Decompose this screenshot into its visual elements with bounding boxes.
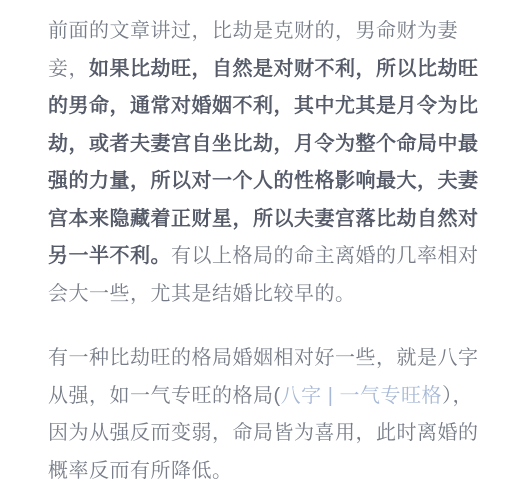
inline-link[interactable]: 八字 | 一气专旺格: [281, 385, 442, 407]
paragraph: 前面的文章讲过，比劫是克财的，男命财为妻妾，如果比劫旺，自然是对财不利，所以比劫…: [48, 13, 481, 313]
paragraph: 有一种比劫旺的格局婚姻相对好一些，就是八字从强，如一气专旺的格局(八字 | 一气…: [48, 340, 481, 490]
article-body: 前面的文章讲过，比劫是克财的，男命财为妻妾，如果比劫旺，自然是对财不利，所以比劫…: [0, 0, 529, 490]
text-segment: 如果比劫旺，自然是对财不利，所以比劫旺的男命，通常对婚姻不利，其中尤其是月令为比…: [48, 58, 479, 268]
